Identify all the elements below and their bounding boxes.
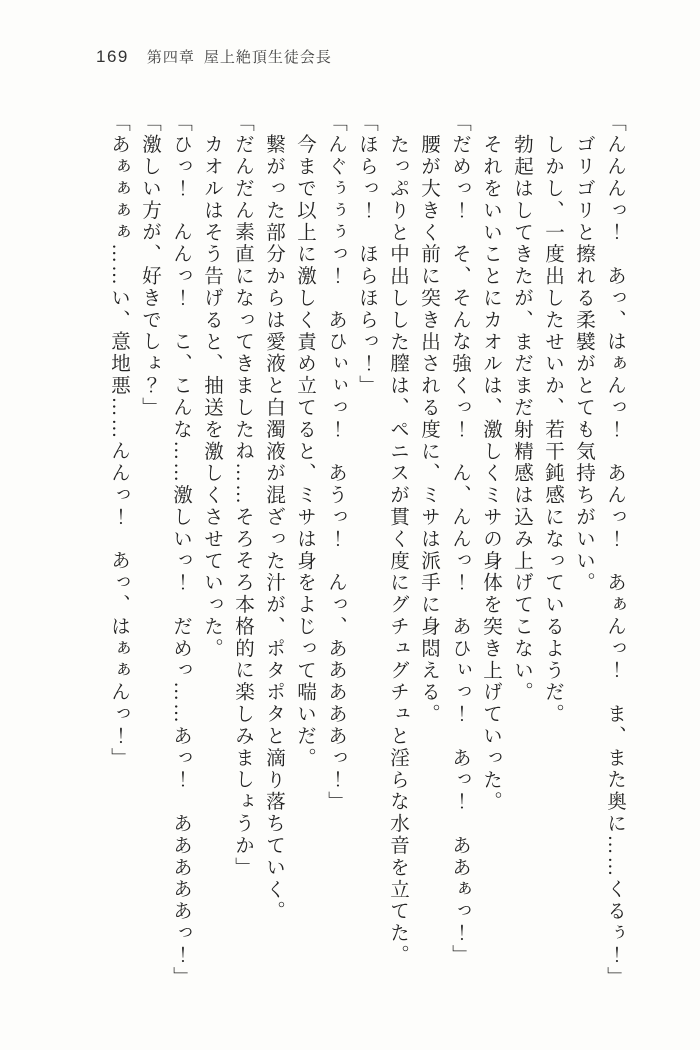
paragraph: それをいいことにカオルは、激しくミサの身体を突き上げていった。: [475, 112, 506, 1000]
paragraph: ゴリゴリと擦れる柔襞がとても気持ちがいい。: [568, 112, 599, 1000]
paragraph: カオルはそう告げると、抽送を激しくさせていった。: [196, 112, 227, 1000]
paragraph: 「ほらっ！ ほらほらっ！」: [351, 112, 382, 1000]
vertical-text-block: 「んんんっ！ あっ、はぁんっ！ あんっ！ あぁんっ！ ま、また奥に……くるぅ！」…: [94, 112, 630, 1000]
paragraph: 「激しい方が、好きでしょ？」: [134, 112, 165, 1000]
paragraph: 「ひっ！ んんっ！ こ、こんな……激しいっ！ だめっ……あっ！ あああああっ！」: [165, 112, 196, 1000]
paragraph: しかし、一度出したせいか、若干鈍感になっているようだ。: [537, 112, 568, 1000]
chapter-title: 屋上絶頂生徒会長: [204, 46, 332, 67]
paragraph: 勃起はしてきたが、まだまだ射精感は込み上げてこない。: [506, 112, 537, 1000]
page-number: 169: [96, 47, 129, 67]
paragraph: 「だめっ！ そ、そんな強くっ！ ん、んんっ！ あひぃっ！ あっ！ ああぁっ！」: [444, 112, 475, 1000]
paragraph: 「んんんっ！ あっ、はぁんっ！ あんっ！ あぁんっ！ ま、また奥に……くるぅ！」: [599, 112, 630, 1000]
paragraph: たっぷりと中出しした膣は、ペニスが貫く度にグチュグチュと淫らな水音を立てた。: [382, 112, 413, 1000]
paragraph: 繋がった部分からは愛液と白濁液が混ざった汁が、ポタポタと滴り落ちていく。: [258, 112, 289, 1000]
paragraph: 「んぐぅぅぅっ！ あひぃぃっ！ あうっ！ んっ、あああああっ！」: [320, 112, 351, 1000]
paragraph: 「だんだん素直になってきましたね……そろそろ本格的に楽しみましょうか」: [227, 112, 258, 1000]
chapter-label: 第四章: [147, 46, 195, 67]
running-head: 169 第四章 屋上絶頂生徒会長: [96, 46, 332, 67]
book-page: 169 第四章 屋上絶頂生徒会長 「んんんっ！ あっ、はぁんっ！ あんっ！ あぁ…: [0, 0, 700, 1050]
paragraph: 今まで以上に激しく責め立てると、ミサは身をよじって喘いだ。: [289, 112, 320, 1000]
paragraph: 「あぁぁぁぁ……い、意地悪……んんっ！ あっ、はぁぁんっ！」: [103, 112, 134, 1000]
paragraph: 腰が大きく前に突き出される度に、ミサは派手に身悶える。: [413, 112, 444, 1000]
